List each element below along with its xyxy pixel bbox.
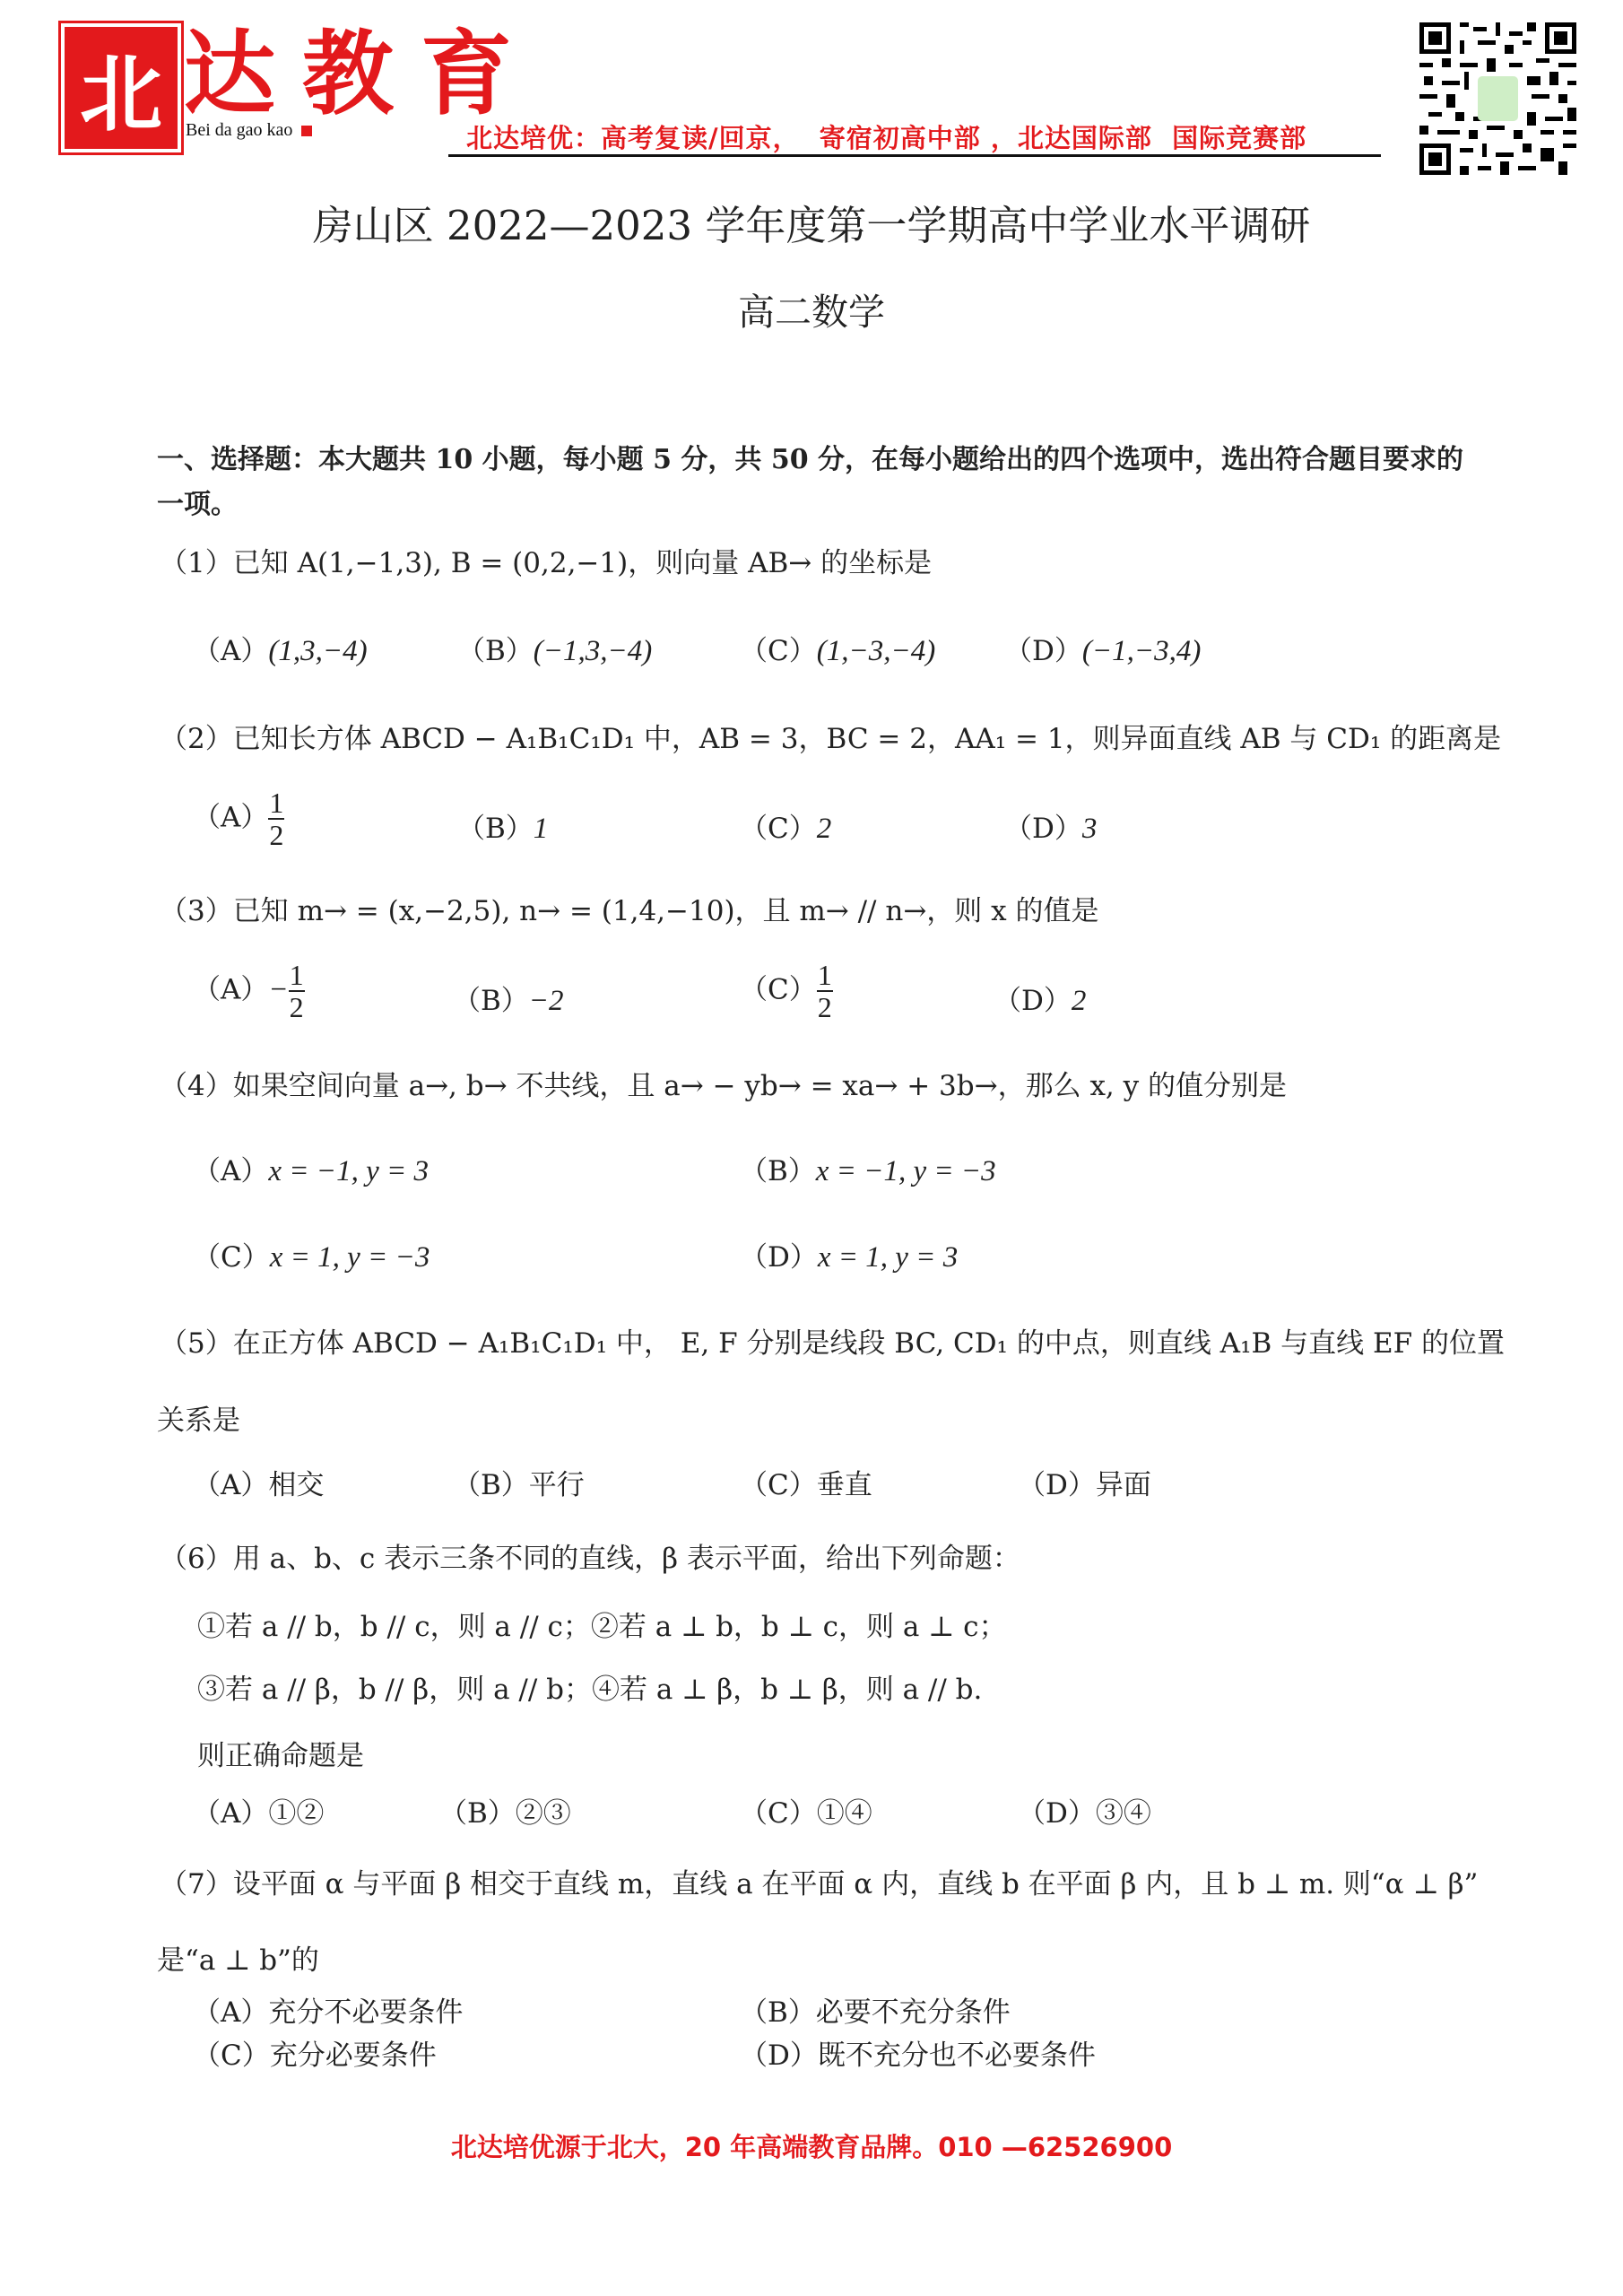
page-subtitle: 高二数学 (0, 283, 1623, 335)
q1-option-c: （C）(1,−3,−4) (740, 628, 935, 668)
question-3: （3）已知 m→ = (x,−2,5), n→ = (1,4,−10)，且 m→… (160, 888, 1099, 928)
q5-option-a: （A）相交 (193, 1462, 324, 1502)
q6-proposition-line-1: ①若 a // b，b // c，则 a // c；②若 a ⊥ b，b ⊥ c… (197, 1604, 1007, 1644)
question-7-cont: 是“a ⊥ b”的 (157, 1937, 319, 1978)
logo-seal: 北 (65, 27, 178, 149)
q6-proposition-line-2: ③若 a // β，b // β，则 a // b；④若 a ⊥ β，b ⊥ β… (197, 1666, 982, 1707)
question-5: （5）在正方体 ABCD − A₁B₁C₁D₁ 中， E, F 分别是线段 BC… (160, 1320, 1505, 1361)
q7-option-c: （C）充分必要条件 (193, 2032, 437, 2073)
q2-option-a: （A）12 (193, 787, 284, 850)
logo-text: 达教育 (184, 25, 539, 124)
q6-option-c: （C）①④ (740, 1790, 872, 1831)
qr-code-icon (1419, 22, 1576, 175)
q7-option-a: （A）充分不必要条件 (193, 1989, 463, 2030)
header-tagline: 北达培优：高考复读/回京， 寄宿初高中部 ，北达国际部 国际竞赛部 (466, 118, 1306, 155)
q7-option-b: （B）必要不充分条件 (740, 1989, 1011, 2030)
fraction: 12 (817, 960, 833, 1022)
q4-option-c: （C）x = 1, y = −3 (193, 1234, 430, 1274)
logo-char: 北 (80, 29, 162, 147)
q3-option-b: （B）−2 (453, 978, 564, 1018)
q1-option-d: （D）(−1,−3,4) (1004, 628, 1201, 668)
q2-option-d: （D）3 (1004, 805, 1097, 846)
question-7: （7）设平面 α 与平面 β 相交于直线 m，直线 a 在平面 α 内，直线 b… (160, 1861, 1478, 1901)
fraction: 12 (268, 787, 284, 850)
page-title: 房山区 2022—2023 学年度第一学期高中学业水平调研 (0, 193, 1623, 251)
question-2: （2）已知长方体 ABCD − A₁B₁C₁D₁ 中，AB = 3，BC = 2… (160, 716, 1501, 756)
q5-option-d: （D）异面 (1018, 1462, 1151, 1502)
q6-option-a: （A）①② (193, 1790, 324, 1831)
question-1: （1）已知 A(1,−1,3), B = (0,2,−1)，则向量 AB→ 的坐… (160, 540, 932, 580)
q4-option-a: （A）x = −1, y = 3 (193, 1148, 429, 1188)
question-4: （4）如果空间向量 a→, b→ 不共线，且 a→ − yb→ = xa→ + … (160, 1063, 1287, 1103)
fraction: 12 (289, 960, 305, 1022)
q2-option-b: （B）1 (457, 805, 548, 846)
question-5-cont: 关系是 (157, 1397, 240, 1438)
q3-option-a: （A）−12 (193, 960, 305, 1022)
q2-option-c: （C）2 (740, 805, 831, 846)
section-instructions: 一、选择题：本大题共 10 小题，每小题 5 分，共 50 分，在每小题给出的四… (157, 438, 1484, 527)
q1-option-b: （B）(−1,3,−4) (457, 628, 652, 668)
footer-advert: 北达培优源于北大，20 年高端教育品牌。010 —62526900 (0, 2127, 1623, 2164)
q3-option-d: （D）2 (994, 978, 1086, 1018)
q6-prompt: 则正确命题是 (197, 1733, 364, 1773)
q6-option-d: （D）③④ (1018, 1790, 1151, 1831)
question-6: （6）用 a、b、c 表示三条不同的直线，β 表示平面，给出下列命题： (160, 1535, 1020, 1576)
q7-option-d: （D）既不充分也不必要条件 (740, 2032, 1096, 2073)
red-square-icon (301, 126, 312, 136)
q6-option-b: （B）②③ (439, 1790, 571, 1831)
q4-option-b: （B）x = −1, y = −3 (740, 1148, 996, 1188)
q5-option-b: （B）平行 (453, 1462, 585, 1502)
q1-option-a: （A）(1,3,−4) (193, 628, 368, 668)
q3-option-c: （C）12 (740, 960, 833, 1022)
header-divider (448, 154, 1381, 157)
logo-subtitle: Bei da gao kao (186, 120, 312, 141)
q5-option-c: （C）垂直 (740, 1462, 872, 1502)
q4-option-d: （D）x = 1, y = 3 (740, 1234, 958, 1274)
